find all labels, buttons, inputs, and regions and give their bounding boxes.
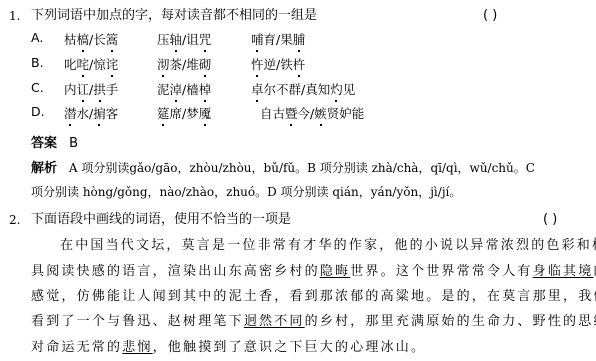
dotted-char: 轴 bbox=[170, 30, 183, 48]
option-word-pair: 卓尔不群/真知灼见 bbox=[251, 80, 355, 98]
passage-text: 世界。这个世界常常令人有 bbox=[350, 264, 532, 279]
dotted-char: 讧 bbox=[77, 80, 90, 98]
dotted-char: 淖 bbox=[170, 80, 183, 98]
passage-line-2: 具阅读快感的语言，渲染出山东高密乡村的隐晦世界。这个世界常常令人有身临其境的 bbox=[31, 264, 596, 280]
option-word-pair: 枯槁/长篙 bbox=[64, 30, 118, 48]
dotted-char: 魇 bbox=[199, 104, 212, 122]
passage-line-5: 对命运无常的悲悯，他触摸到了意识之下巨大的心理冰山。 bbox=[31, 340, 426, 356]
answer-value: B bbox=[69, 136, 78, 151]
dotted-char: 灼 bbox=[330, 80, 343, 98]
option-word-pair: 沏茶/堆砌 bbox=[157, 55, 211, 73]
passage-text: 具阅读快感的语言，渲染出山东高密乡村的 bbox=[31, 264, 320, 279]
option-word-pair: 哺育/果脯 bbox=[251, 30, 305, 48]
question-1-answer-blank: ( ) bbox=[483, 8, 497, 23]
dotted-char: 嫉 bbox=[314, 104, 327, 122]
question-2-stem: 下面语段中画线的词语，使用不恰当的一项是 bbox=[31, 212, 291, 228]
word-text: 贤妒能 bbox=[327, 106, 365, 121]
analysis-text-1: A 项分别读gǎo/gāo，zhòu/zhòu，bǔ/fǔ。B 项分别读 zhà… bbox=[69, 161, 535, 175]
dotted-char: 杵 bbox=[293, 55, 306, 73]
option-letter: A. bbox=[31, 30, 43, 45]
word-text: 泥 bbox=[157, 82, 170, 97]
option-word-pair: 叱咤/惊诧 bbox=[64, 55, 118, 73]
dotted-char: 暨 bbox=[285, 104, 298, 122]
word-text: 茶/堆 bbox=[170, 57, 199, 72]
word-text: /惊 bbox=[89, 57, 106, 72]
word-text: 手 bbox=[106, 82, 119, 97]
analysis-label: 解析 bbox=[31, 161, 57, 176]
option-word-pair: 内讧/拱手 bbox=[64, 80, 118, 98]
dotted-char: 筵 bbox=[157, 104, 170, 122]
word-text: 尔不群/真知 bbox=[264, 82, 331, 97]
passage-text: 对命运无常的 bbox=[31, 340, 122, 355]
passage-text: ，他触摸到了意识之下巨大的心理冰山。 bbox=[153, 340, 427, 355]
word-text: 内 bbox=[64, 82, 77, 97]
question-2-answer-blank: ( ) bbox=[543, 212, 557, 227]
dotted-char: 潜 bbox=[64, 104, 77, 122]
option-word-pair: 潜水/掮客 bbox=[64, 104, 118, 122]
word-text: 压 bbox=[157, 32, 170, 47]
dotted-char: 咤 bbox=[77, 55, 90, 73]
dotted-char: 咒 bbox=[199, 30, 212, 48]
dotted-char: 诧 bbox=[106, 55, 119, 73]
dotted-char: 棹 bbox=[199, 80, 212, 98]
word-text: 叱 bbox=[64, 57, 77, 72]
question-1-stem: 下列词语中加点的字，每对读音都不相同的一组是 bbox=[31, 8, 317, 24]
word-text: 水/ bbox=[77, 106, 94, 121]
analysis-row-1: 解析 A 项分别读gǎo/gāo，zhòu/zhòu，bǔ/fǔ。B 项分别读 … bbox=[31, 160, 535, 177]
dotted-char: 拱 bbox=[93, 80, 106, 98]
underlined-word-beimin: 悲悯 bbox=[122, 340, 152, 355]
word-text: 枯 bbox=[64, 32, 77, 47]
dotted-char: 砌 bbox=[199, 55, 212, 73]
word-text: 客 bbox=[106, 106, 119, 121]
question-2-number: 2. bbox=[9, 213, 20, 227]
dotted-char: 沏 bbox=[157, 55, 170, 73]
word-text: 育/果 bbox=[264, 32, 293, 47]
word-text: /樯 bbox=[182, 82, 199, 97]
dotted-char: 忤 bbox=[251, 55, 264, 73]
option-word-pair: 自古暨今/嫉贤妒能 bbox=[260, 104, 364, 122]
word-text: 席/梦 bbox=[170, 106, 199, 121]
passage-line-1: 在中国当代文坛，莫言是一位非常有才华的作家，他的小说以异常浓烈的色彩和极 bbox=[60, 238, 596, 254]
option-word-pair: 压轴/诅咒 bbox=[157, 30, 211, 48]
dotted-char: 篙 bbox=[106, 30, 119, 48]
passage-text: 的乡村，那里充满原始的生命力、野性的思维、 bbox=[305, 314, 596, 329]
word-text: /长 bbox=[89, 32, 106, 47]
word-text: 逆/铁 bbox=[264, 57, 293, 72]
underlined-word-yinhui: 隐晦 bbox=[320, 264, 350, 279]
underlined-word-shenlinqijing: 身临其境 bbox=[533, 264, 594, 279]
analysis-text-2: 项分别读 hòng/gǒng，nào/zhào，zhuó。D 项分别读 qián… bbox=[31, 184, 461, 200]
option-word-pair: 忤逆/铁杵 bbox=[251, 55, 305, 73]
dotted-char: 卓 bbox=[251, 80, 264, 98]
option-letter: D. bbox=[31, 104, 45, 119]
answer-label: 答案 bbox=[31, 136, 57, 151]
word-text: /诅 bbox=[182, 32, 199, 47]
underlined-word-jiongranbutong: 迥然不同 bbox=[244, 314, 305, 329]
option-letter: C. bbox=[31, 80, 44, 95]
dotted-char: 哺 bbox=[251, 30, 264, 48]
word-text: 自古 bbox=[260, 106, 285, 121]
word-text: 今/ bbox=[298, 106, 315, 121]
option-word-pair: 筵席/梦魇 bbox=[157, 104, 211, 122]
answer-row: 答案 B bbox=[31, 136, 78, 152]
passage-line-4: 看到了一个与鲁迅、赵树理笔下迥然不同的乡村，那里充满原始的生命力、野性的思维、 bbox=[31, 314, 596, 330]
option-word-pair: 泥淖/樯棹 bbox=[157, 80, 211, 98]
dotted-char: 掮 bbox=[93, 104, 106, 122]
dotted-char: 槁 bbox=[77, 30, 90, 48]
question-1-number: 1. bbox=[9, 9, 20, 23]
passage-text: 看到了一个与鲁迅、赵树理笔下 bbox=[31, 314, 244, 329]
word-text: 见 bbox=[343, 82, 356, 97]
dotted-char: 脯 bbox=[293, 30, 306, 48]
passage-line-3: 感觉，仿佛能让人闻到其中的泥土香，看到那浓郁的高粱地。是的，在莫言那里，我们 bbox=[31, 289, 596, 305]
option-letter: B. bbox=[31, 55, 44, 70]
